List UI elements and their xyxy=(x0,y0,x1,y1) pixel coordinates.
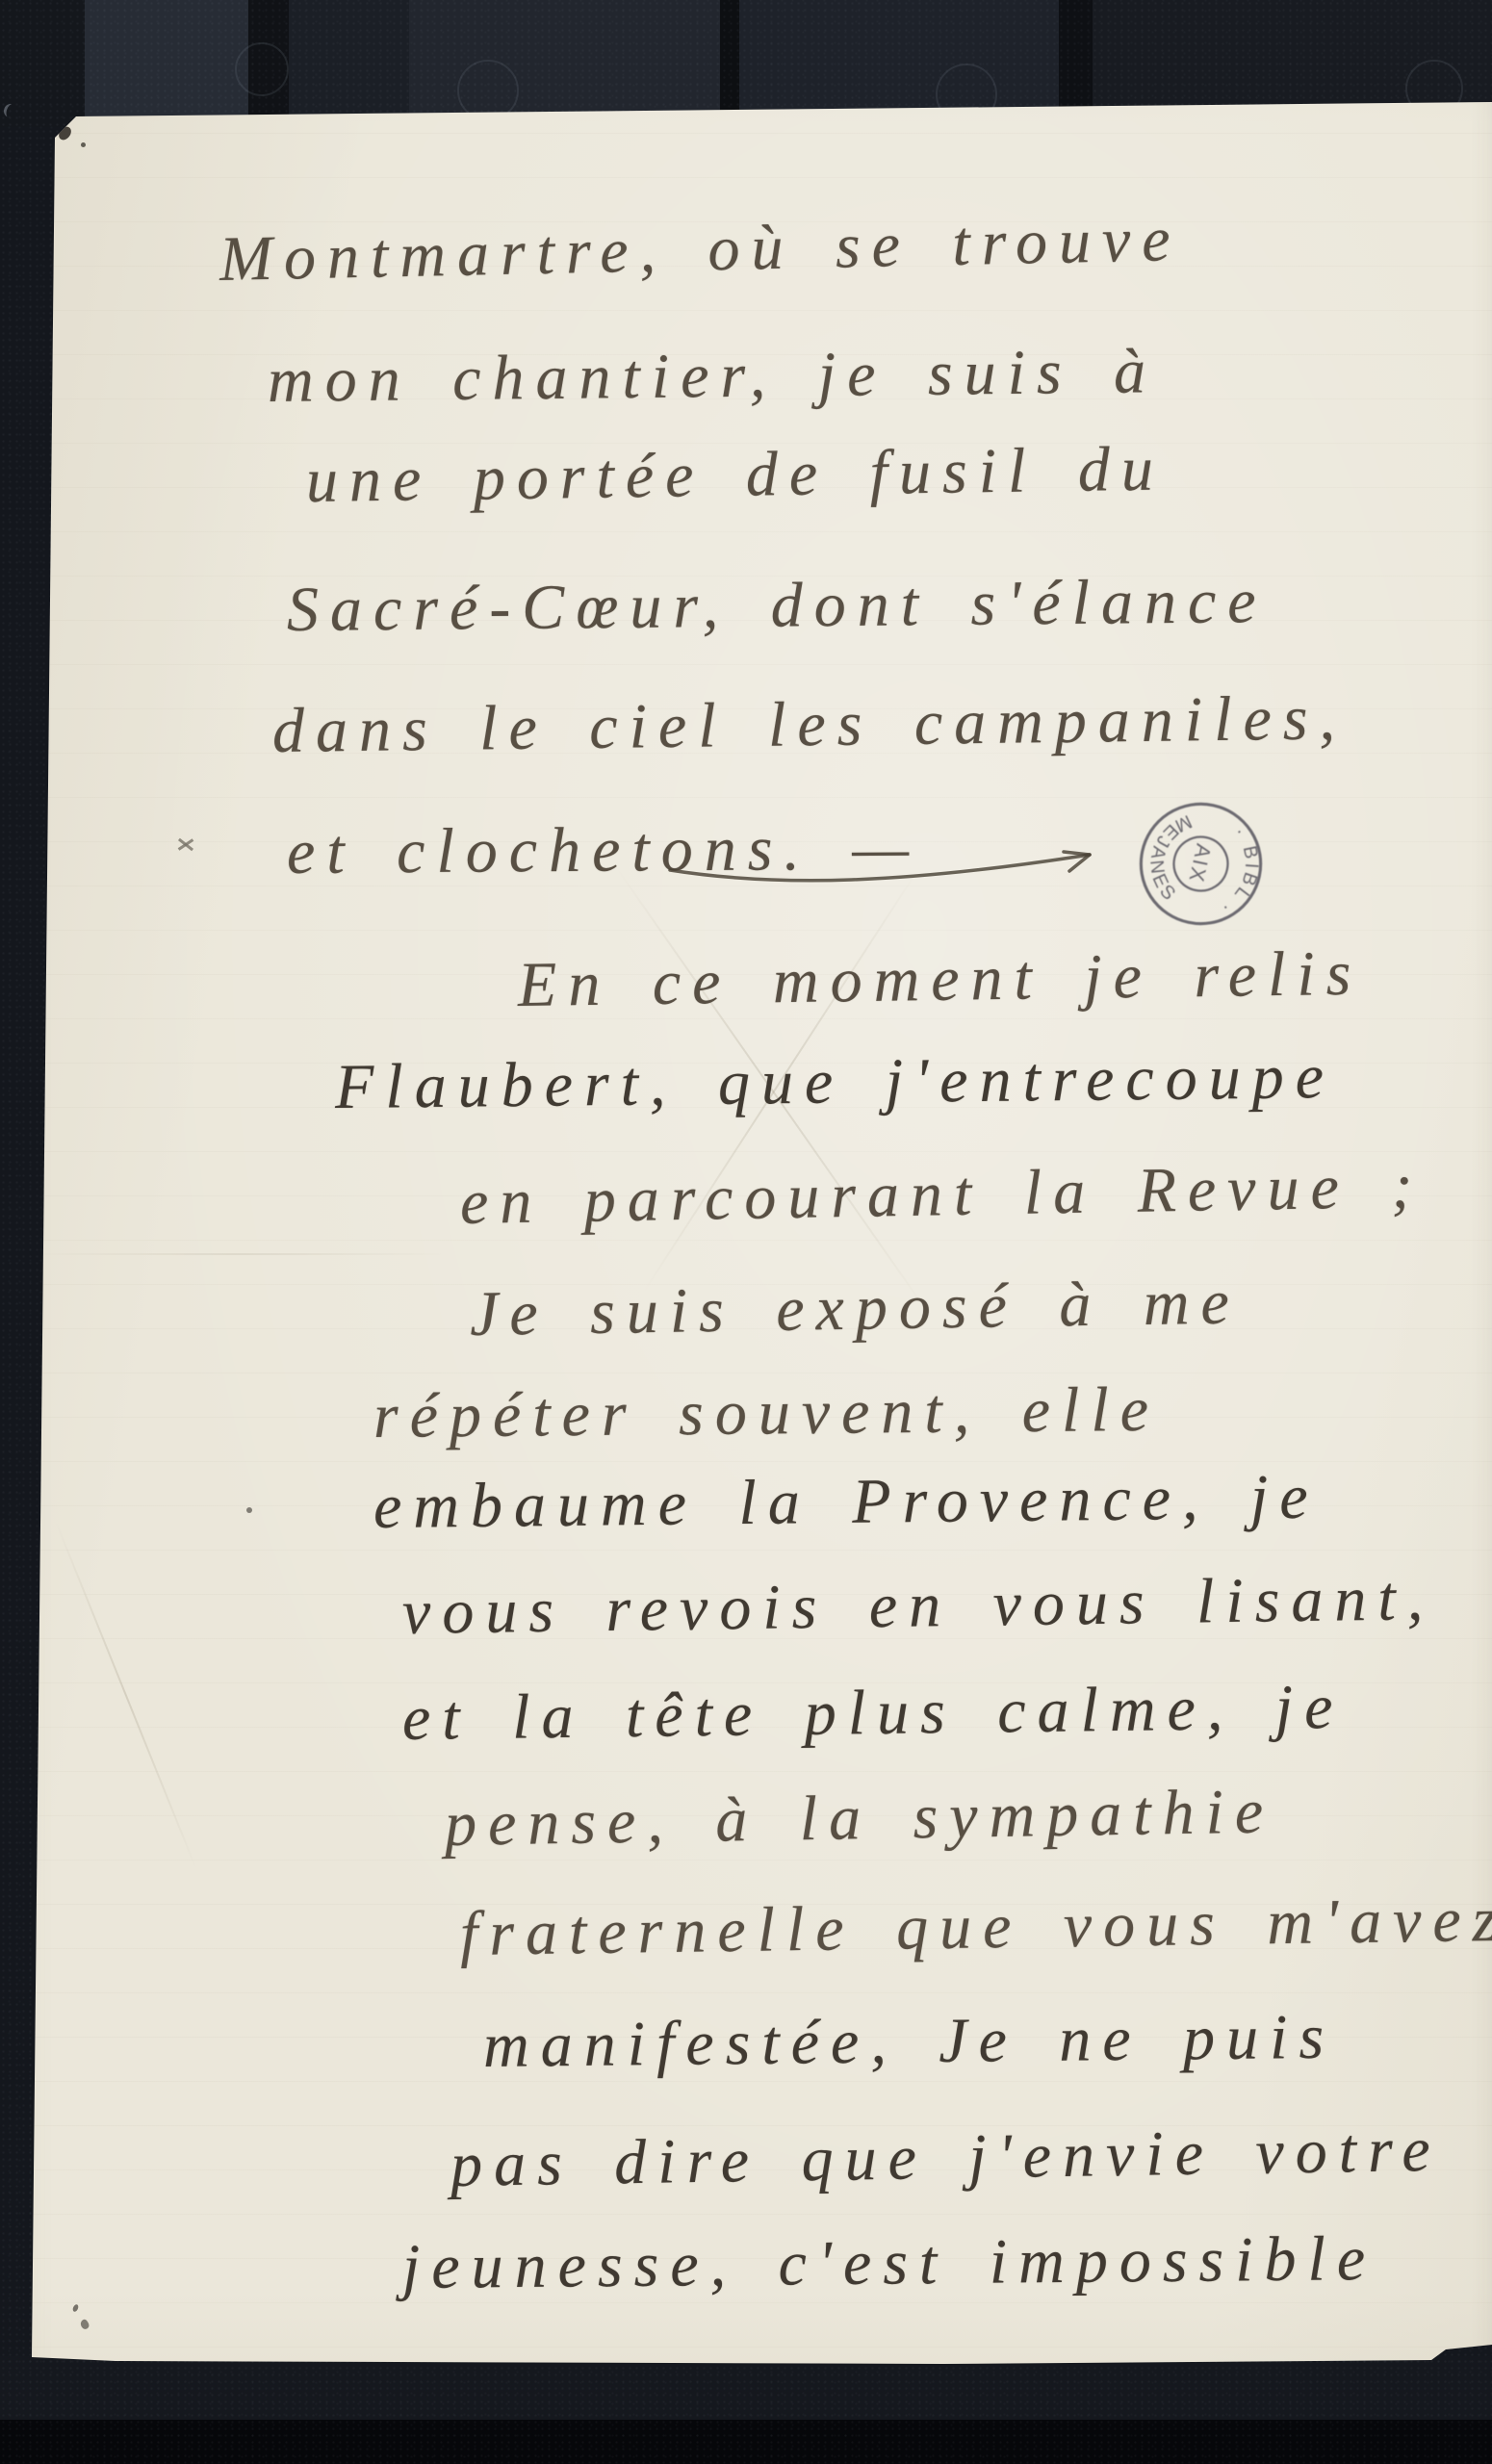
paper-crease xyxy=(32,1253,446,1255)
margin-x-mark xyxy=(177,835,194,853)
handwriting-line: jeunesse, c'est impossible xyxy=(402,2222,1377,2304)
handwriting-line: en parcourant la Revue ; xyxy=(459,1150,1425,1240)
library-stamp: · BIBL · MEJANES AIX xyxy=(1131,794,1271,934)
handwriting-line: pas dire que j'envie votre xyxy=(450,2114,1442,2202)
handwriting-line: vous revois en vous lisant, xyxy=(401,1562,1434,1650)
stamp-center-text: AIX xyxy=(1184,842,1216,886)
letter-page: Montmartre, où se trouve mon chantier, j… xyxy=(0,0,1492,2464)
paper-crease xyxy=(615,866,926,1309)
svg-text:MEJANES: MEJANES xyxy=(1137,805,1198,910)
arrow-flourish-icon xyxy=(664,826,1117,898)
handwriting-line: dans le ciel les campaniles, xyxy=(272,681,1348,768)
handwriting-line: Je suis exposé à me xyxy=(469,1266,1241,1351)
handwriting-line: Sacré-Cœur, dont s'élance xyxy=(287,565,1268,647)
handwriting-line: et clochetons. — xyxy=(287,811,921,889)
ink-speck xyxy=(79,2319,90,2331)
paper-crease xyxy=(55,1522,197,1870)
ink-speck xyxy=(81,142,86,147)
handwriting-line: répéter souvent, elle xyxy=(373,1373,1161,1453)
svg-text:· BIBL ·: · BIBL · xyxy=(1212,820,1271,926)
handwriting-line: pense, à la sympathie xyxy=(444,1775,1274,1861)
ink-speck xyxy=(246,1507,252,1513)
stamp-ring-bottom-text: MEJANES xyxy=(1137,805,1198,910)
ink-speck xyxy=(72,2303,80,2312)
handwriting-line: fraternelle que vous m'avez xyxy=(459,1884,1492,1971)
handwriting-line: manifestée, Je ne puis xyxy=(483,2001,1336,2083)
paper-crease xyxy=(643,871,917,1292)
handwriting-line: En ce moment je relis xyxy=(517,937,1362,1022)
handwriting-line: mon chantier, je suis à xyxy=(268,335,1158,418)
handwriting-line: embaume la Provence, je xyxy=(373,1461,1320,1544)
handwriting-line: et la tête plus calme, je xyxy=(402,1671,1345,1756)
stamp-ring-top-text: · BIBL · xyxy=(1212,820,1271,926)
handwriting-line: une portée de fusil du xyxy=(305,433,1165,518)
scanned-letter-photo: Montmartre, où se trouve mon chantier, j… xyxy=(0,0,1492,2464)
handwriting-line: Flaubert, que j'entrecoupe xyxy=(335,1040,1336,1124)
handwriting-line: Montmartre, où se trouve xyxy=(219,203,1182,296)
